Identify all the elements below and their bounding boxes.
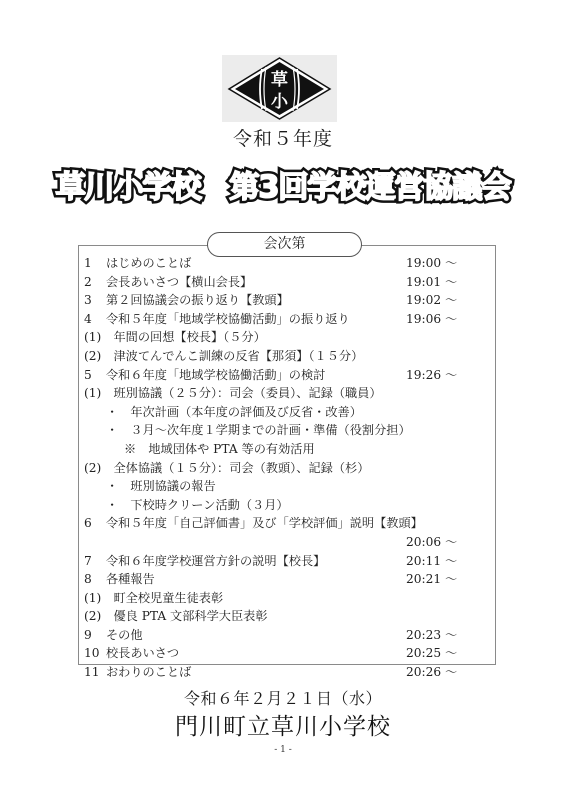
agenda-item: 5令和６年度「地域学校協働活動」の検討19:26 ～ [84, 366, 484, 385]
emblem-icon: 草 小 [222, 55, 337, 122]
agenda-item: (2) 津波てんでんこ訓練の反省【那須】（１５分） [84, 347, 484, 366]
agenda-item-time: 20:11 ～ [406, 552, 457, 571]
agenda-item-text: ・ 年次計画（本年度の評価及び反省・改善） [106, 403, 362, 422]
agenda-list: 1はじめのことば19:00 ～2会長あいさつ【横山会長】19:01 ～3第２回協… [84, 254, 484, 682]
page-number: - 1 - [0, 745, 566, 755]
fiscal-year: 令和５年度 [0, 124, 566, 151]
agenda-item-text: (2) 津波てんでんこ訓練の反省【那須】（１５分） [84, 347, 363, 366]
agenda-item-time: 20:25 ～ [406, 644, 457, 663]
agenda-item-number: 2 [84, 273, 92, 292]
agenda-item-number: 9 [84, 626, 92, 645]
agenda-item-text: はじめのことば [106, 254, 191, 273]
agenda-item-time: 19:26 ～ [406, 366, 457, 385]
agenda-item-text: おわりのことば [106, 663, 191, 682]
agenda-item-time: 19:02 ～ [406, 291, 457, 310]
svg-text:草: 草 [271, 70, 288, 90]
agenda-item: 10校長あいさつ20:25 ～ [84, 644, 484, 663]
agenda-item: 6令和５年度「自己評価書」及び「学校評価」説明【教頭】 [84, 514, 484, 533]
agenda-item-text: (1) 年間の回想【校長】（５分） [84, 328, 266, 347]
agenda-item-text: ・ ３月～次年度１学期までの計画・準備（役割分担） [106, 421, 411, 440]
school-emblem-logo: 草 小 [222, 55, 337, 122]
agenda-item-number: 4 [84, 310, 92, 329]
agenda-item-time: 20:26 ～ [406, 663, 457, 682]
agenda-item: ・ 年次計画（本年度の評価及び反省・改善） [84, 403, 484, 422]
meeting-date: 令和６年２月２１日（水） [0, 686, 566, 709]
agenda-item: 9その他20:23 ～ [84, 626, 484, 645]
agenda-item-text: (2) 優良 PTA 文部科学大臣表彰 [84, 607, 268, 626]
page-title: 草川小学校 第3回学校運営協議会 [0, 162, 566, 206]
agenda-item-number: 10 [84, 644, 100, 663]
agenda-item-time: 19:06 ～ [406, 310, 457, 329]
agenda-item: ・ 下校時クリーン活動（３月） [84, 496, 484, 515]
agenda-item-text: 令和５年度「自己評価書」及び「学校評価」説明【教頭】 [106, 514, 423, 533]
agenda-item-number: 7 [84, 552, 92, 571]
agenda-item-text: ・ 下校時クリーン活動（３月） [106, 496, 289, 515]
agenda-item-text: 各種報告 [106, 570, 155, 589]
agenda-item-number: 11 [84, 663, 100, 682]
agenda-item: (1) 町全校児童生徒表彰 [84, 589, 484, 608]
agenda-item-number: 1 [84, 254, 92, 273]
agenda-item-text: 令和６年度「地域学校協働活動」の検討 [106, 366, 325, 385]
agenda-item-text: ※ 地域団体や PTA 等の有効活用 [124, 440, 315, 459]
agenda-item: 2会長あいさつ【横山会長】19:01 ～ [84, 273, 484, 292]
agenda-item: (2) 全体協議（１５分）：司会（教頭）、記録（杉） [84, 459, 484, 478]
agenda-item: 11おわりのことば20:26 ～ [84, 663, 484, 682]
agenda-item-text: (1) 班別協議（２５分）：司会（委員）、記録（職員） [84, 384, 382, 403]
agenda-item-time: 20:06 ～ [406, 533, 457, 552]
agenda-item: 7令和６年度学校運営方針の説明【校長】20:11 ～ [84, 552, 484, 571]
agenda-item-number: 8 [84, 570, 92, 589]
agenda-item-text: 令和６年度学校運営方針の説明【校長】 [106, 552, 325, 571]
agenda-item: (1) 班別協議（２５分）：司会（委員）、記録（職員） [84, 384, 484, 403]
agenda-item: 8各種報告20:21 ～ [84, 570, 484, 589]
agenda-item: 4令和５年度「地域学校協働活動」の振り返り19:06 ～ [84, 310, 484, 329]
agenda-item: (1) 年間の回想【校長】（５分） [84, 328, 484, 347]
agenda-item: ・ ３月～次年度１学期までの計画・準備（役割分担） [84, 421, 484, 440]
agenda-item-text: (2) 全体協議（１５分）：司会（教頭）、記録（杉） [84, 459, 369, 478]
agenda-item: ※ 地域団体や PTA 等の有効活用 [84, 440, 484, 459]
agenda-item-text: 校長あいさつ [106, 644, 179, 663]
agenda-item-time: 19:00 ～ [406, 254, 457, 273]
agenda-item-time: 20:23 ～ [406, 626, 457, 645]
agenda-item-text: 会長あいさつ【横山会長】 [106, 273, 252, 292]
agenda-item-number: 6 [84, 514, 92, 533]
agenda-item-time: 20:21 ～ [406, 570, 457, 589]
agenda-item-text: 令和５年度「地域学校協働活動」の振り返り [106, 310, 350, 329]
agenda-item-time: 19:01 ～ [406, 273, 457, 292]
agenda-item: 1はじめのことば19:00 ～ [84, 254, 484, 273]
agenda-item: (2) 優良 PTA 文部科学大臣表彰 [84, 607, 484, 626]
agenda-item-text: 第２回協議会の振り返り【教頭】 [106, 291, 289, 310]
agenda-item: ・ 班別協議の報告 [84, 477, 484, 496]
agenda-item-number: 3 [84, 291, 92, 310]
agenda-item: 3第２回協議会の振り返り【教頭】19:02 ～ [84, 291, 484, 310]
agenda-item: 20:06 ～ [84, 533, 484, 552]
agenda-item-text: その他 [106, 626, 143, 645]
svg-text:小: 小 [271, 91, 289, 112]
agenda-item-number: 5 [84, 366, 92, 385]
school-name: 門川町立草川小学校 [0, 708, 566, 741]
agenda-item-text: ・ 班別協議の報告 [106, 477, 216, 496]
agenda-item-text: (1) 町全校児童生徒表彰 [84, 589, 223, 608]
